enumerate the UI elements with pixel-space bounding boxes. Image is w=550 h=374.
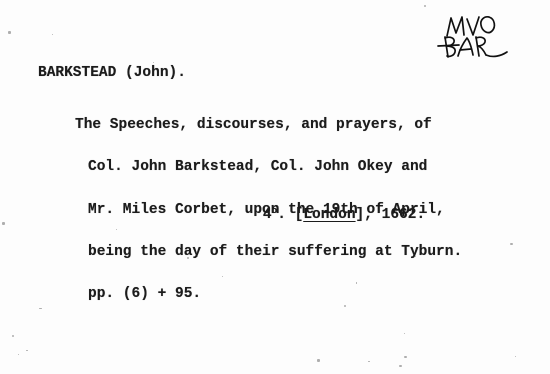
publication-year: ], 1662. xyxy=(356,207,426,223)
title-line: The Speeches, discourses, and prayers, o… xyxy=(75,118,462,132)
publication-place: London xyxy=(303,207,355,223)
imprint-separator: . [ xyxy=(277,207,303,223)
scan-speck xyxy=(26,350,28,351)
scan-speck xyxy=(153,62,154,63)
scan-speck xyxy=(39,308,42,309)
handwritten-annotation-text: MVO BAR xyxy=(0,0,1,1)
scan-speck xyxy=(2,222,5,225)
author-heading: BARKSTEAD (John). xyxy=(38,66,186,80)
scan-speck xyxy=(317,359,320,362)
scan-speck xyxy=(424,5,426,7)
scan-speck xyxy=(52,34,53,35)
title-line: Col. John Barkstead, Col. John Okey and xyxy=(88,160,462,174)
pagination-line: pp. (6) + 95. xyxy=(88,287,462,301)
scan-speck xyxy=(404,356,407,358)
scan-speck xyxy=(18,354,19,355)
scan-speck xyxy=(415,256,416,257)
scan-speck xyxy=(344,305,346,307)
scan-speck xyxy=(399,365,402,367)
scan-speck xyxy=(12,335,14,337)
scan-speck xyxy=(368,361,370,362)
scan-speck xyxy=(116,229,117,230)
scan-speck xyxy=(222,276,223,277)
scan-speck xyxy=(197,256,198,257)
format-superscript: o xyxy=(272,205,278,216)
scan-speck xyxy=(8,31,11,34)
scan-speck xyxy=(187,257,189,259)
scan-speck xyxy=(510,243,513,245)
scan-speck xyxy=(515,356,516,357)
format-statement: 4 xyxy=(263,207,272,223)
handwritten-annotation-mvo-bar xyxy=(436,10,518,60)
catalog-card: MVO BAR BARKSTEAD (John). The Speeches, … xyxy=(0,0,550,374)
scan-speck xyxy=(356,282,357,284)
title-line: being the day of their suffering at Tybu… xyxy=(88,245,462,259)
scan-speck xyxy=(404,333,405,334)
imprint-line: 4o. [London], 1662. xyxy=(228,194,425,237)
